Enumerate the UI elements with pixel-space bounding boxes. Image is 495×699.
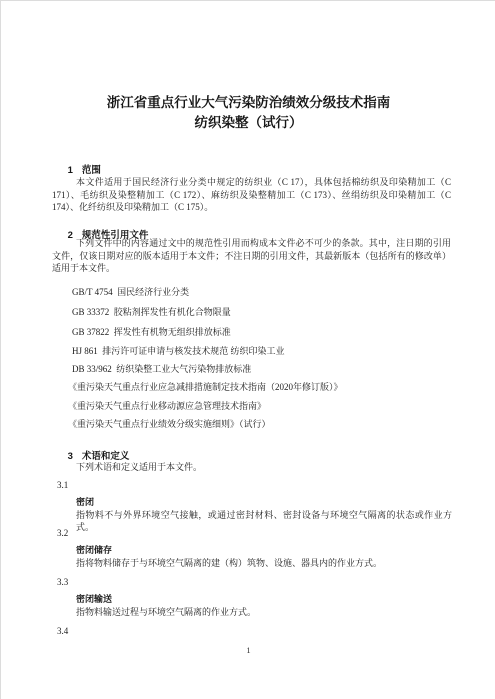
section-1-paragraph: 本文件适用于国民经济行业分类中规定的纺织业（C 17），具体包括棉纺织及印染精加… <box>52 176 451 214</box>
reference-item: GB 37822 挥发性有机物无组织排放标准 <box>72 327 231 338</box>
term-number: 3.2 <box>57 528 68 539</box>
reference-item: HJ 861 排污许可证申请与核发技术规范 纺织印染工业 <box>72 346 285 357</box>
document-title-line1: 浙江省重点行业大气污染防治绩效分级技术指南 <box>1 95 495 110</box>
term-definition: 指物料输送过程与环境空气隔离的作业方式。 <box>76 606 452 618</box>
reference-item: 《重污染天气重点行业应急减排措施制定技术指南（2020年修订版）》 <box>68 382 343 393</box>
section-1-number: 1 <box>68 165 73 176</box>
reference-item: 《重污染天气重点行业绩效分级实施细则》（试行） <box>68 419 271 430</box>
section-2-paragraph: 下列文件中的内容通过文中的规范性引用而构成本文件必不可少的条款。其中，注日期的引… <box>52 237 451 275</box>
document-page: 浙江省重点行业大气污染防治绩效分级技术指南 纺织染整（试行） 1范围 本文件适用… <box>0 0 495 699</box>
terms-intro: 下列术语和定义适用于本文件。 <box>76 462 202 473</box>
reference-item: GB/T 4754 国民经济行业分类 <box>72 287 189 298</box>
section-3-title: 术语和定义 <box>82 451 130 462</box>
reference-item: DB 33/962 纺织染整工业大气污染物排放标准 <box>72 364 251 375</box>
term-number: 3.3 <box>57 577 68 588</box>
reference-item: GB 33372 胶粘剂挥发性有机化合物限量 <box>72 307 231 318</box>
term-definition: 指物料不与外界环境空气接触，或通过密封材料、密封设备与环境空气隔离的状态或作业方… <box>76 509 452 533</box>
term-name: 密闭输送 <box>76 594 112 605</box>
section-3-number: 3 <box>68 451 73 462</box>
section-1-title: 范围 <box>82 165 101 176</box>
term-number: 3.1 <box>57 480 68 491</box>
term-definition: 指将物料储存于与环境空气隔离的建（构）筑物、设施、器具内的作业方式。 <box>76 557 452 569</box>
term-name: 密闭储存 <box>76 545 112 556</box>
document-title-line2: 纺织染整（试行） <box>1 115 495 130</box>
term-number: 3.4 <box>57 626 68 637</box>
page-number: 1 <box>1 645 495 655</box>
reference-item: 《重污染天气重点行业移动源应急管理技术指南》 <box>68 401 266 412</box>
term-name: 密闭 <box>76 497 94 508</box>
